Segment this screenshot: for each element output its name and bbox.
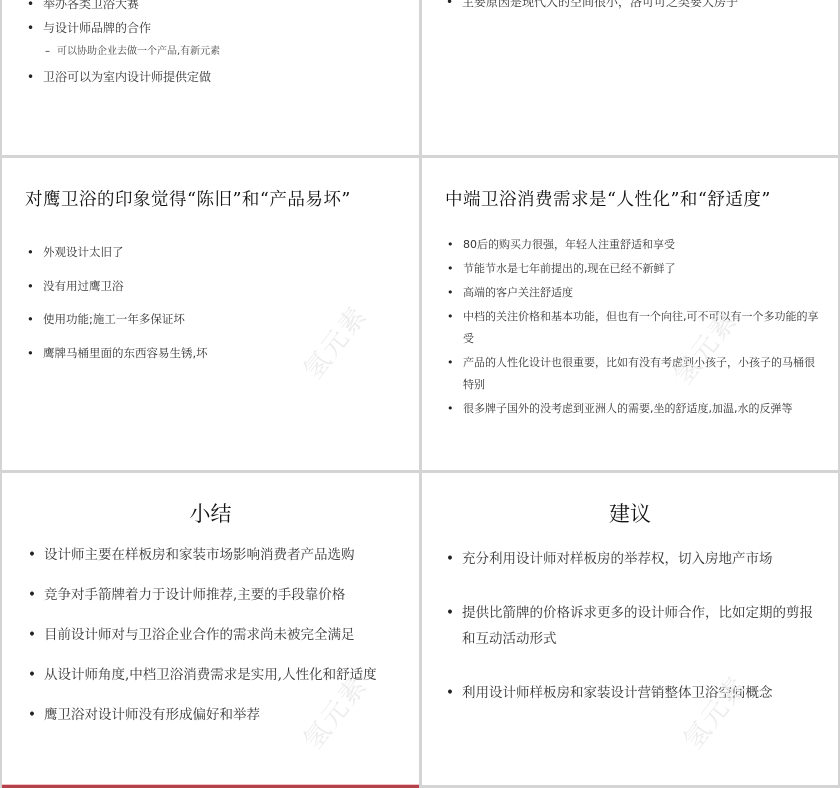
bullet-item: 利用设计师样板房和家装设计营销整体卫浴空间概念 xyxy=(462,680,820,706)
bullet-item: 鹰牌马桶里面的东西容易生锈,坏 xyxy=(43,343,208,377)
slide-title: 中端卫浴消费需求是“人性化”和“舒适度” xyxy=(422,186,838,211)
bullet-item: 目前设计师对与卫浴企业合作的需求尚未被完全满足 xyxy=(44,623,377,663)
slide-title: 小结 xyxy=(2,498,419,528)
bullet-item: 高端的客户关注舒适度 xyxy=(463,282,823,304)
bullet-item: 从设计师角度,中档卫浴消费需求是实用,人性化和舒适度 xyxy=(44,663,377,703)
bullet-item: 鹰卫浴对设计师没有形成偏好和举荐 xyxy=(44,703,377,743)
bullet-item: 使用功能;施工一年多保证坏 xyxy=(43,309,208,343)
sub-bullet-item: 可以协助企业去做一个产品,有新元素 xyxy=(43,40,220,65)
bullet-list: 80后的购买力很强，年轻人注重舒适和享受 节能节水是七年前提出的,现在已经不新鲜… xyxy=(463,234,823,422)
bullet-item: 很多牌子国外的没考虑到亚洲人的需要,坐的舒适度,加温,水的反弹等 xyxy=(463,398,823,420)
bullet-item: 中档的关注价格和基本功能，但也有一个向往,可不可以有一个多功能的享受 xyxy=(463,306,823,350)
bullet-list: 举办各类卫浴大赛 与设计师品牌的合作 可以协助企业去做一个产品,有新元素 卫浴可… xyxy=(43,0,220,89)
slide-thumbnail-6[interactable]: 建议 充分利用设计师对样板房的举荐权，切入房地产市场 提供比箭牌的价格诉求更多的… xyxy=(422,473,838,785)
bullet-item: 充分利用设计师对样板房的举荐权，切入房地产市场 xyxy=(462,546,820,572)
bullet-item: 80后的购买力很强，年轻人注重舒适和享受 xyxy=(463,234,823,256)
bullet-list: 充分利用设计师对样板房的举荐权，切入房地产市场 提供比箭牌的价格诉求更多的设计师… xyxy=(462,546,820,734)
bullet-item: 外观设计太旧了 xyxy=(43,242,208,276)
bullet-item: 提供比箭牌的价格诉求更多的设计师合作，比如定期的剪报和互动活动形式 xyxy=(462,600,820,652)
bullet-list: 外观设计太旧了 没有用过鹰卫浴 使用功能;施工一年多保证坏 鹰牌马桶里面的东西容… xyxy=(43,242,208,376)
bullet-item: 节能节水是七年前提出的,现在已经不新鲜了 xyxy=(463,258,823,280)
slide-thumbnail-4[interactable]: 中端卫浴消费需求是“人性化”和“舒适度” 80后的购买力很强，年轻人注重舒适和享… xyxy=(422,158,838,470)
watermark: 氢元素 xyxy=(294,297,375,386)
slide-title: 建议 xyxy=(422,498,838,528)
slide-thumbnail-2[interactable]: 主要原因是现代人的空间很小，洛可可之类要大房子 xyxy=(422,0,838,155)
bullet-item: 举办各类卫浴大赛 xyxy=(43,0,220,16)
bullet-item: 产品的人性化设计也很重要，比如有没有考虑到小孩子，小孩子的马桶很特别 xyxy=(463,352,823,396)
slide-title: 对鹰卫浴的印象觉得“陈旧”和“产品易坏” xyxy=(2,186,419,211)
bullet-list: 主要原因是现代人的空间很小，洛可可之类要大房子 xyxy=(462,0,738,12)
bullet-item: 竞争对手箭牌着力于设计师推荐,主要的手段靠价格 xyxy=(44,583,377,623)
bullet-item: 主要原因是现代人的空间很小，洛可可之类要大房子 xyxy=(462,0,738,12)
slide-thumbnail-1[interactable]: 举办各类卫浴大赛 与设计师品牌的合作 可以协助企业去做一个产品,有新元素 卫浴可… xyxy=(2,0,419,155)
bullet-item: 设计师主要在样板房和家装市场影响消费者产品选购 xyxy=(44,543,377,583)
bullet-item: 卫浴可以为室内设计师提供定做 xyxy=(43,65,220,89)
slide-thumbnail-3[interactable]: 对鹰卫浴的印象觉得“陈旧”和“产品易坏” 外观设计太旧了 没有用过鹰卫浴 使用功… xyxy=(2,158,419,470)
bullet-item: 与设计师品牌的合作 xyxy=(43,16,220,40)
slide-thumbnail-5[interactable]: 小结 设计师主要在样板房和家装市场影响消费者产品选购 竞争对手箭牌着力于设计师推… xyxy=(2,473,419,785)
bullet-item: 没有用过鹰卫浴 xyxy=(43,276,208,310)
bullet-list: 设计师主要在样板房和家装市场影响消费者产品选购 竞争对手箭牌着力于设计师推荐,主… xyxy=(44,543,377,743)
